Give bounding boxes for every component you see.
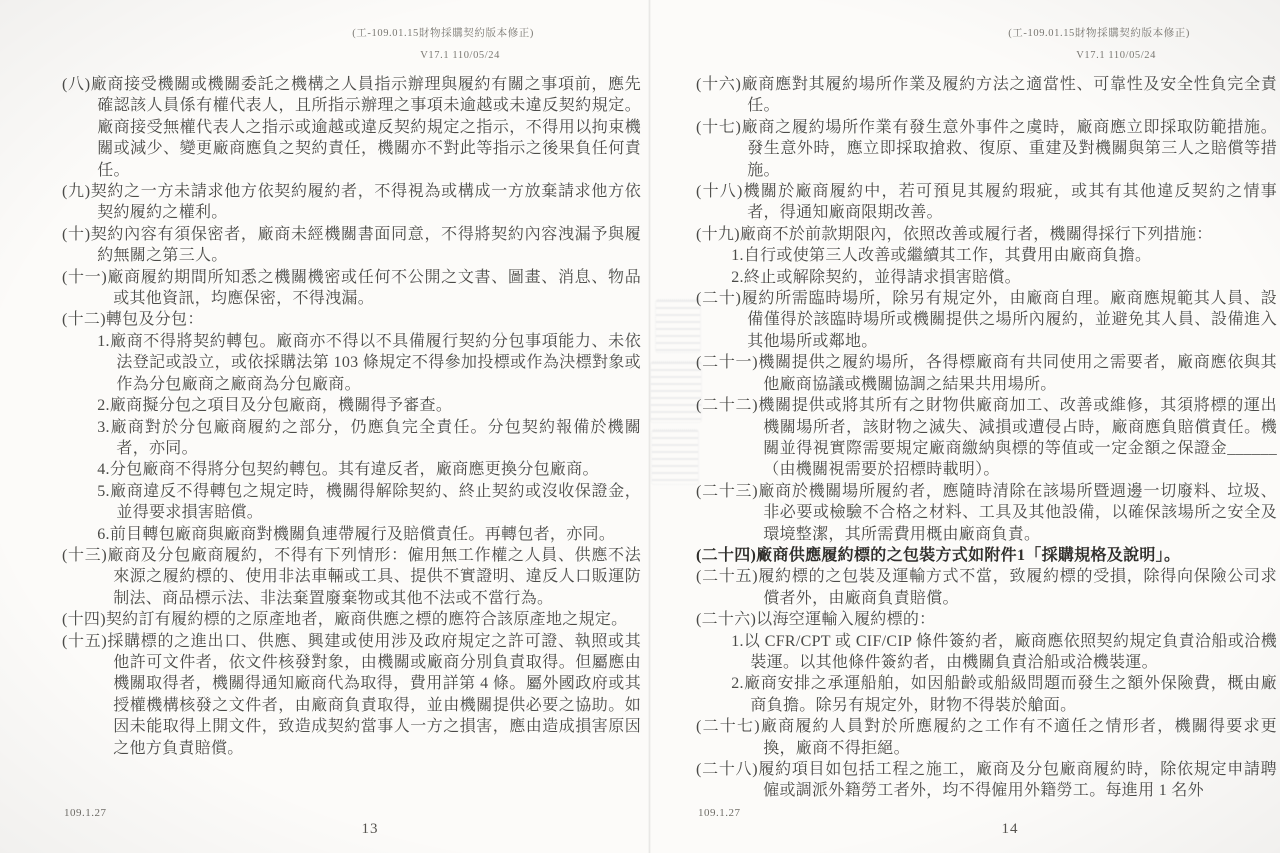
clause-label: (八) bbox=[62, 76, 90, 93]
clause-label: (二十四) bbox=[696, 547, 756, 564]
contract-subclause: 4.分包廠商不得將分包契約轉包。其有違反者，廠商應更換分包廠商。 bbox=[62, 459, 641, 480]
clause-label: (二十二) bbox=[696, 397, 758, 414]
clause-text: 廠商不於前款期限內，依照改善或履行者，機關得採行下列措施： bbox=[740, 226, 1213, 243]
clause-text: 契約訂有履約標的之原產地者，廠商供應之標的應符合該原產地之規定。 bbox=[106, 611, 628, 628]
clause-text: 以海空運輸入履約標的： bbox=[756, 611, 935, 628]
clause-text: 履約標的之包裝及運輸方式不當，致履約標的受損，除得向保險公司求償者外，由廠商負責… bbox=[758, 568, 1277, 606]
clause-label: 3. bbox=[97, 419, 110, 436]
clause-label: (二十一) bbox=[696, 354, 758, 371]
scanned-contract-sheet: (工-109.01.15財物採購契約版本修正) V17.1 110/05/24 … bbox=[0, 0, 1280, 853]
clause-text: 機關提供或將其所有之財物供廠商加工、改善或維修，其須將標的運出機關場所者，該財物… bbox=[758, 397, 1277, 478]
contract-subclause: 1.廠商不得將契約轉包。廠商亦不得以不具備履行契約分包事項能力、未依法登記或設立… bbox=[62, 331, 641, 395]
clause-text: 廠商接受機關或機關委託之機構之人員指示辦理與履約有關之事項前，應先確認該人員係有… bbox=[90, 76, 641, 179]
clause-label: (十九) bbox=[696, 226, 740, 243]
page-number: 13 bbox=[90, 821, 650, 838]
clause-text: 履約項目如包括工程之施工，廠商及分包廠商履約時，除依規定申請聘僱或調派外籍勞工者… bbox=[758, 761, 1277, 799]
clause-text: 廠商違反不得轉包之規定時，機關得解除契約、終止契約或沒收保證金，並得要求損害賠償… bbox=[110, 483, 641, 521]
clause-text: 前目轉包廠商與廠商對機關負連帶履行及賠償責任。再轉包者，亦同。 bbox=[110, 526, 615, 543]
clause-text: 契約內容有須保密者，廠商未經機關書面同意，不得將契約內容洩漏予與履約無關之第三人… bbox=[90, 226, 641, 264]
contract-clause: (十二)轉包及分包： bbox=[62, 309, 641, 330]
page-header: (工-109.01.15財物採購契約版本修正) V17.1 110/05/24 bbox=[352, 25, 534, 61]
clause-text: 廠商對於分包廠商履約之部分，仍應負完全責任。分包契約報備於機關者，亦同。 bbox=[110, 419, 641, 457]
clause-text: 以 CFR/CPT 或 CIF/CIP 條件簽約者，廠商應依照契約規定負責洽船或… bbox=[744, 633, 1277, 671]
clause-text: 廠商供應履約標的之包裝方式如附件1「採購規格及說明」。 bbox=[756, 547, 1180, 564]
contract-clause: (九)契約之一方未請求他方依契約履約者，不得視為或構成一方放棄請求他方依契約履約… bbox=[62, 181, 641, 224]
version-label: V17.1 110/05/24 bbox=[1008, 50, 1190, 61]
clause-label: (十四) bbox=[62, 611, 106, 628]
clause-text: 分包廠商不得將分包契約轉包。其有違反者，廠商應更換分包廠商。 bbox=[110, 461, 599, 478]
contract-clause: (十一)廠商履約期間所知悉之機關機密或任何不公開之文書、圖畫、消息、物品或其他資… bbox=[62, 267, 641, 310]
faint-stamp bbox=[656, 300, 700, 352]
version-label: V17.1 110/05/24 bbox=[352, 50, 534, 61]
contract-clause: (二十八)履約項目如包括工程之施工，廠商及分包廠商履約時，除依規定申請聘僱或調派… bbox=[696, 759, 1277, 802]
clause-text: 廠商應對其履約場所作業及履約方法之適當性、可靠性及安全性負完全責任。 bbox=[741, 76, 1277, 114]
clause-label: (二十) bbox=[696, 290, 741, 307]
page-body: (十六)廠商應對其履約場所作業及履約方法之適當性、可靠性及安全性負完全責任。(十… bbox=[696, 74, 1277, 802]
clause-text: 廠商擬分包之項目及分包廠商，機關得予審查。 bbox=[110, 397, 452, 414]
contract-clause: (二十七)廠商履約人員對於所應履約之工作有不適任之情形者，機關得要求更換，廠商不… bbox=[696, 716, 1277, 759]
clause-label: 2. bbox=[731, 269, 744, 286]
faint-stamp bbox=[651, 362, 701, 422]
contract-subclause: 3.廠商對於分包廠商履約之部分，仍應負完全責任。分包契約報備於機關者，亦同。 bbox=[62, 417, 641, 460]
revision-note: (工-109.01.15財物採購契約版本修正) bbox=[352, 25, 534, 40]
footer-date: 109.1.27 bbox=[64, 807, 107, 819]
clause-text: 機關於廠商履約中，若可預見其履約瑕疵，或其有其他違反契約之情事者，得通知廠商限期… bbox=[743, 183, 1277, 221]
clause-label: 4. bbox=[97, 461, 110, 478]
contract-clause: (十五)採購標的之進出口、供應、興建或使用涉及政府規定之許可證、執照或其他許可文… bbox=[62, 631, 641, 759]
clause-text: 契約之一方未請求他方依契約履約者，不得視為或構成一方放棄請求他方依契約履約之權利… bbox=[90, 183, 641, 221]
contract-clause: (二十六)以海空運輸入履約標的： bbox=[696, 609, 1277, 630]
clause-label: (十七) bbox=[696, 119, 741, 136]
clause-label: (十) bbox=[62, 226, 90, 243]
contract-subclause: 2.廠商安排之承運船舶，如因船齡或船級問題而發生之額外保險費，概由廠商負擔。除另… bbox=[696, 673, 1277, 716]
contract-clause: (十八)機關於廠商履約中，若可預見其履約瑕疵，或其有其他違反契約之情事者，得通知… bbox=[696, 181, 1277, 224]
contract-subclause: 2.廠商擬分包之項目及分包廠商，機關得予審查。 bbox=[62, 395, 641, 416]
clause-text: 廠商之履約場所作業有發生意外事件之虞時，廠商應立即採取防範措施。發生意外時，應立… bbox=[741, 119, 1277, 179]
contract-clause: (十七)廠商之履約場所作業有發生意外事件之虞時，廠商應立即採取防範措施。發生意外… bbox=[696, 117, 1277, 181]
clause-text: 自行或使第三人改善或繼續其工作，其費用由廠商負擔。 bbox=[744, 247, 1152, 264]
clause-label: 1. bbox=[731, 247, 744, 264]
clause-label: (十一) bbox=[62, 269, 107, 286]
contract-page-14: (工-109.01.15財物採購契約版本修正) V17.1 110/05/24 … bbox=[650, 0, 1280, 853]
clause-label: 1. bbox=[97, 333, 110, 350]
contract-subclause: 6.前目轉包廠商與廠商對機關負連帶履行及賠償責任。再轉包者，亦同。 bbox=[62, 524, 641, 545]
contract-clause: (十三)廠商及分包廠商履約，不得有下列情形：僱用無工作權之人員、供應不法來源之履… bbox=[62, 545, 641, 609]
contract-clause: (十六)廠商應對其履約場所作業及履約方法之適當性、可靠性及安全性負完全責任。 bbox=[696, 74, 1277, 117]
clause-label: (十二) bbox=[62, 311, 106, 328]
page-number: 14 bbox=[740, 821, 1280, 838]
clause-label: 2. bbox=[731, 675, 744, 692]
clause-text: 廠商不得將契約轉包。廠商亦不得以不具備履行契約分包事項能力、未依法登記或設立，或… bbox=[110, 333, 641, 393]
contract-clause: (十四)契約訂有履約標的之原產地者，廠商供應之標的應符合該原產地之規定。 bbox=[62, 609, 641, 630]
contract-clause: (二十二)機關提供或將其所有之財物供廠商加工、改善或維修，其須將標的運出機關場所… bbox=[696, 395, 1277, 481]
revision-note: (工-109.01.15財物採購契約版本修正) bbox=[1008, 25, 1190, 40]
contract-clause: (二十四)廠商供應履約標的之包裝方式如附件1「採購規格及說明」。 bbox=[696, 545, 1277, 566]
clause-text: 廠商及分包廠商履約，不得有下列情形：僱用無工作權之人員、供應不法來源之履約標的、… bbox=[107, 547, 641, 607]
contract-clause: (二十五)履約標的之包裝及運輸方式不當，致履約標的受損，除得向保險公司求償者外，… bbox=[696, 566, 1277, 609]
clause-label: (二十三) bbox=[696, 483, 758, 500]
clause-text: 採購標的之進出口、供應、興建或使用涉及政府規定之許可證、執照或其他許可文件者，依… bbox=[107, 633, 641, 757]
clause-label: (十八) bbox=[696, 183, 743, 200]
contract-subclause: 1.以 CFR/CPT 或 CIF/CIP 條件簽約者，廠商應依照契約規定負責洽… bbox=[696, 631, 1277, 674]
faint-stamp bbox=[652, 430, 698, 484]
clause-label: (二十八) bbox=[696, 761, 758, 778]
contract-clause: (二十一)機關提供之履約場所，各得標廠商有共同使用之需要者，廠商應依與其他廠商協… bbox=[696, 352, 1277, 395]
contract-subclause: 5.廠商違反不得轉包之規定時，機關得解除契約、終止契約或沒收保證金，並得要求損害… bbox=[62, 481, 641, 524]
clause-label: (二十五) bbox=[696, 568, 758, 585]
clause-label: (十五) bbox=[62, 633, 107, 650]
contract-clause: (八)廠商接受機關或機關委託之機構之人員指示辦理與履約有關之事項前，應先確認該人… bbox=[62, 74, 641, 181]
contract-subclause: 1.自行或使第三人改善或繼續其工作，其費用由廠商負擔。 bbox=[696, 245, 1277, 266]
contract-clause: (十九)廠商不於前款期限內，依照改善或履行者，機關得採行下列措施： bbox=[696, 224, 1277, 245]
footer-date: 109.1.27 bbox=[698, 807, 741, 819]
contract-page-13: (工-109.01.15財物採購契約版本修正) V17.1 110/05/24 … bbox=[0, 0, 650, 853]
contract-clause: (十)契約內容有須保密者，廠商未經機關書面同意，不得將契約內容洩漏予與履約無關之… bbox=[62, 224, 641, 267]
clause-label: 1. bbox=[731, 633, 744, 650]
clause-text: 終止或解除契約，並得請求損害賠償。 bbox=[744, 269, 1021, 286]
clause-text: 廠商於機關場所履約者，應隨時清除在該場所暨週邊一切廢料、垃圾、非必要或檢驗不合格… bbox=[758, 483, 1277, 543]
page-body: (八)廠商接受機關或機關委託之機構之人員指示辦理與履約有關之事項前，應先確認該人… bbox=[62, 74, 641, 759]
clause-text: 履約所需臨時場所，除另有規定外，由廠商自理。廠商應規範其人員、設備僅得於該臨時場… bbox=[741, 290, 1277, 350]
clause-label: (十六) bbox=[696, 76, 741, 93]
clause-label: 5. bbox=[97, 483, 110, 500]
clause-text: 廠商履約人員對於所應履約之工作有不適任之情形者，機關得要求更換，廠商不得拒絕。 bbox=[760, 718, 1277, 756]
clause-label: (二十七) bbox=[696, 718, 760, 735]
clause-label: 6. bbox=[97, 526, 110, 543]
clause-text: 機關提供之履約場所，各得標廠商有共同使用之需要者，廠商應依與其他廠商協議或機關協… bbox=[758, 354, 1277, 392]
clause-label: (二十六) bbox=[696, 611, 756, 628]
clause-label: (九) bbox=[62, 183, 90, 200]
contract-subclause: 2.終止或解除契約，並得請求損害賠償。 bbox=[696, 267, 1277, 288]
clause-text: 轉包及分包： bbox=[106, 311, 204, 328]
page-header: (工-109.01.15財物採購契約版本修正) V17.1 110/05/24 bbox=[1008, 25, 1190, 61]
clause-label: 2. bbox=[97, 397, 110, 414]
contract-clause: (二十三)廠商於機關場所履約者，應隨時清除在該場所暨週邊一切廢料、垃圾、非必要或… bbox=[696, 481, 1277, 545]
clause-text: 廠商安排之承運船舶，如因船齡或船級問題而發生之額外保險費，概由廠商負擔。除另有規… bbox=[744, 675, 1277, 713]
clause-label: (十三) bbox=[62, 547, 107, 564]
clause-text: 廠商履約期間所知悉之機關機密或任何不公開之文書、圖畫、消息、物品或其他資訊，均應… bbox=[107, 269, 641, 307]
contract-clause: (二十)履約所需臨時場所，除另有規定外，由廠商自理。廠商應規範其人員、設備僅得於… bbox=[696, 288, 1277, 352]
